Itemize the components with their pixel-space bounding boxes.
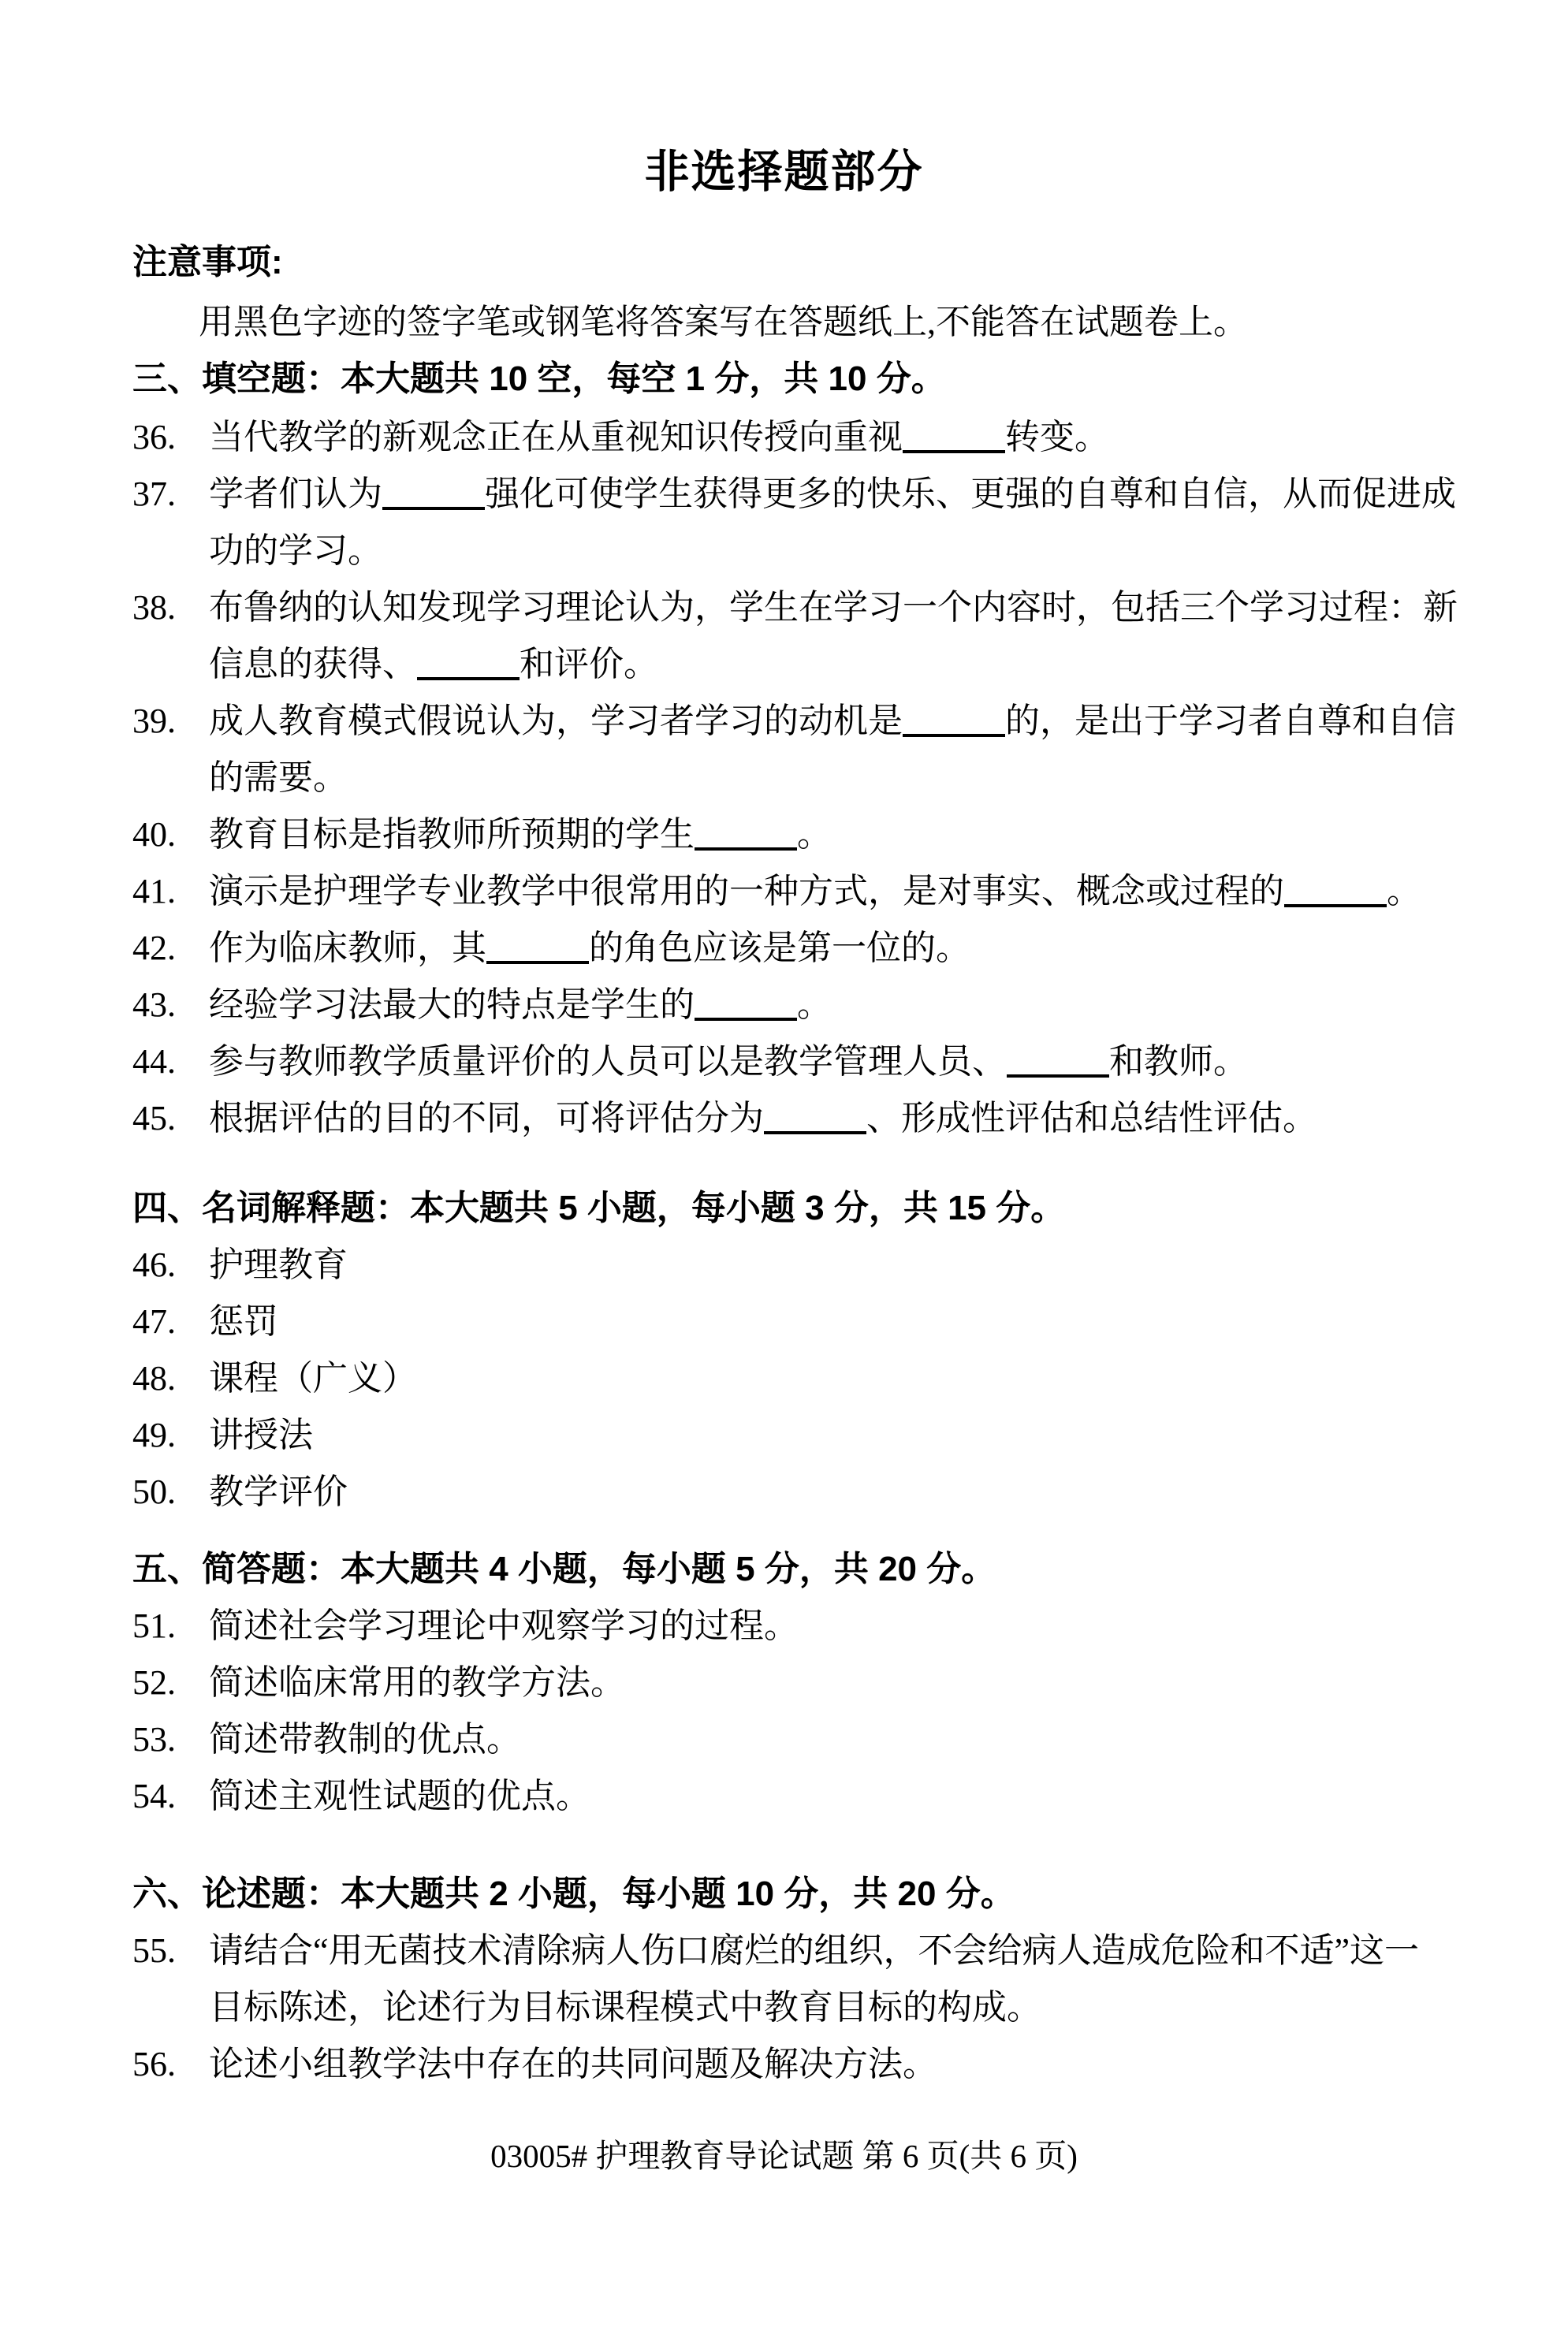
question-number: 45. bbox=[132, 1095, 209, 1142]
question-text: 经验学习法最大的特点是学生的 bbox=[209, 985, 695, 1024]
question-number: 37. bbox=[132, 471, 209, 518]
question-text: 功的学习。 bbox=[209, 531, 382, 570]
blank-line bbox=[903, 732, 1005, 737]
question-text: 作为临床教师，其 bbox=[209, 929, 486, 967]
question-44: 44.参与教师教学质量评价的人员可以是教学管理人员、和教师。 bbox=[132, 1038, 1248, 1085]
blank-line bbox=[417, 675, 520, 680]
question-38-continuation: 信息的获得、和评价。 bbox=[209, 641, 658, 688]
question-51: 51.简述社会学习理论中观察学习的过程。 bbox=[132, 1603, 799, 1650]
question-number: 50. bbox=[132, 1469, 209, 1516]
question-number: 40. bbox=[132, 811, 209, 858]
question-47: 47.惩罚 bbox=[132, 1298, 278, 1346]
question-54: 54.简述主观性试题的优点。 bbox=[132, 1773, 590, 1820]
question-number: 55. bbox=[132, 1927, 209, 1975]
question-text: 布鲁纳的认知发现学习理论认为，学生在学习一个内容时，包括三个学习过程：新 bbox=[209, 588, 1458, 627]
question-text: 。 bbox=[797, 815, 832, 854]
page-footer: 03005# 护理教育导论试题 第 6 页(共 6 页) bbox=[0, 2130, 1568, 2176]
question-text: 惩罚 bbox=[209, 1302, 278, 1341]
question-text: 。 bbox=[797, 985, 832, 1024]
question-41: 41.演示是护理学专业教学中很常用的一种方式，是对事实、概念或过程的。 bbox=[132, 868, 1421, 915]
question-number: 47. bbox=[132, 1298, 209, 1346]
question-37: 37.学者们认为强化可使学生获得更多的快乐、更强的自尊和自信，从而促进成 bbox=[132, 471, 1456, 518]
question-number: 44. bbox=[132, 1038, 209, 1085]
question-text: 根据评估的目的不同，可将评估分为 bbox=[209, 1099, 764, 1137]
blank-line bbox=[1284, 902, 1387, 907]
notice-text: 用黑色字迹的签字笔或钢笔将答案写在答题纸上,不能答在试题卷上。 bbox=[199, 299, 1248, 346]
question-number: 39. bbox=[132, 698, 209, 745]
question-text: 、形成性评估和总结性评估。 bbox=[866, 1099, 1317, 1137]
question-39: 39.成人教育模式假说认为，学习者学习的动机是的，是出于学习者自尊和自信 bbox=[132, 698, 1456, 745]
question-text: 论述小组教学法中存在的共同问题及解决方法。 bbox=[209, 2045, 937, 2083]
question-text: 简述临床常用的教学方法。 bbox=[209, 1663, 625, 1702]
question-number: 36. bbox=[132, 414, 209, 461]
question-number: 51. bbox=[132, 1603, 209, 1650]
question-text: 简述社会学习理论中观察学习的过程。 bbox=[209, 1606, 799, 1645]
page-title: 非选择题部分 bbox=[0, 136, 1568, 200]
question-number: 43. bbox=[132, 981, 209, 1029]
question-36: 36.当代教学的新观念正在从重视知识传授向重视转变。 bbox=[132, 414, 1109, 461]
question-text: 简述带教制的优点。 bbox=[209, 1720, 521, 1759]
question-number: 54. bbox=[132, 1773, 209, 1820]
question-text: 教学评价 bbox=[209, 1472, 348, 1511]
blank-line bbox=[486, 959, 589, 964]
question-text: 和评价。 bbox=[520, 645, 658, 683]
blank-line bbox=[1007, 1072, 1109, 1078]
question-text: 的角色应该是第一位的。 bbox=[589, 929, 970, 967]
question-number: 48. bbox=[132, 1355, 209, 1402]
question-number: 42. bbox=[132, 925, 209, 972]
question-text: 简述主观性试题的优点。 bbox=[209, 1777, 590, 1815]
question-number: 52. bbox=[132, 1659, 209, 1707]
question-45: 45.根据评估的目的不同，可将评估分为、形成性评估和总结性评估。 bbox=[132, 1095, 1317, 1142]
blank-line bbox=[695, 1015, 797, 1021]
section-heading-6: 六、论述题：本大题共 2 小题，每小题 10 分，共 20 分。 bbox=[132, 1871, 1015, 1918]
question-50: 50.教学评价 bbox=[132, 1469, 348, 1516]
question-number: 49. bbox=[132, 1412, 209, 1459]
question-text: 参与教师教学质量评价的人员可以是教学管理人员、 bbox=[209, 1042, 1007, 1081]
question-text: 和教师。 bbox=[1109, 1042, 1248, 1081]
question-46: 46.护理教育 bbox=[132, 1242, 348, 1289]
question-text: 护理教育 bbox=[209, 1245, 348, 1284]
section-heading-3: 三、填空题：本大题共 10 空，每空 1 分，共 10 分。 bbox=[132, 356, 946, 403]
section-heading-5: 五、简答题：本大题共 4 小题，每小题 5 分，共 20 分。 bbox=[132, 1546, 996, 1593]
question-text: 。 bbox=[1387, 872, 1421, 910]
question-text: 教育目标是指教师所预期的学生 bbox=[209, 815, 695, 854]
question-text: 请结合“用无菌技术清除病人伤口腐烂的组织，不会给病人造成危险和不适”这一 bbox=[209, 1931, 1419, 1970]
question-number: 46. bbox=[132, 1242, 209, 1289]
question-number: 56. bbox=[132, 2041, 209, 2088]
blank-line bbox=[695, 845, 797, 851]
blank-line bbox=[903, 448, 1005, 453]
question-56: 56.论述小组教学法中存在的共同问题及解决方法。 bbox=[132, 2041, 937, 2088]
question-38: 38.布鲁纳的认知发现学习理论认为，学生在学习一个内容时，包括三个学习过程：新 bbox=[132, 584, 1458, 631]
question-37-continuation: 功的学习。 bbox=[209, 527, 382, 575]
question-text: 信息的获得、 bbox=[209, 645, 417, 683]
question-49: 49.讲授法 bbox=[132, 1412, 313, 1459]
question-48: 48.课程（广义） bbox=[132, 1355, 417, 1402]
question-text: 课程（广义） bbox=[209, 1359, 417, 1398]
question-55: 55.请结合“用无菌技术清除病人伤口腐烂的组织，不会给病人造成危险和不适”这一 bbox=[132, 1927, 1419, 1975]
question-55-continuation: 目标陈述，论述行为目标课程模式中教育目标的构成。 bbox=[209, 1984, 1041, 2031]
blank-line bbox=[764, 1129, 866, 1134]
question-text: 转变。 bbox=[1005, 418, 1109, 456]
question-43: 43.经验学习法最大的特点是学生的。 bbox=[132, 981, 832, 1029]
question-42: 42.作为临床教师，其的角色应该是第一位的。 bbox=[132, 925, 970, 972]
question-text: 强化可使学生获得更多的快乐、更强的自尊和自信，从而促进成 bbox=[485, 475, 1456, 513]
question-text: 讲授法 bbox=[209, 1416, 313, 1454]
question-text: 的，是出于学习者自尊和自信 bbox=[1005, 702, 1456, 740]
question-text: 学者们认为 bbox=[209, 475, 382, 513]
question-text: 的需要。 bbox=[209, 758, 348, 797]
question-text: 目标陈述，论述行为目标课程模式中教育目标的构成。 bbox=[209, 1988, 1041, 2027]
exam-paper-page: 非选择题部分 注意事项: 用黑色字迹的签字笔或钢笔将答案写在答题纸上,不能答在试… bbox=[0, 0, 1568, 2338]
notice-label: 注意事项: bbox=[132, 239, 283, 286]
question-text: 当代教学的新观念正在从重视知识传授向重视 bbox=[209, 418, 903, 456]
question-40: 40.教育目标是指教师所预期的学生。 bbox=[132, 811, 832, 858]
question-53: 53.简述带教制的优点。 bbox=[132, 1716, 521, 1763]
question-number: 41. bbox=[132, 868, 209, 915]
question-39-continuation: 的需要。 bbox=[209, 754, 348, 802]
question-text: 成人教育模式假说认为，学习者学习的动机是 bbox=[209, 702, 903, 740]
section-heading-4: 四、名词解释题：本大题共 5 小题，每小题 3 分，共 15 分。 bbox=[132, 1185, 1065, 1232]
question-text: 演示是护理学专业教学中很常用的一种方式，是对事实、概念或过程的 bbox=[209, 872, 1284, 910]
blank-line bbox=[382, 504, 485, 510]
question-52: 52.简述临床常用的教学方法。 bbox=[132, 1659, 625, 1707]
question-number: 53. bbox=[132, 1716, 209, 1763]
question-number: 38. bbox=[132, 584, 209, 631]
